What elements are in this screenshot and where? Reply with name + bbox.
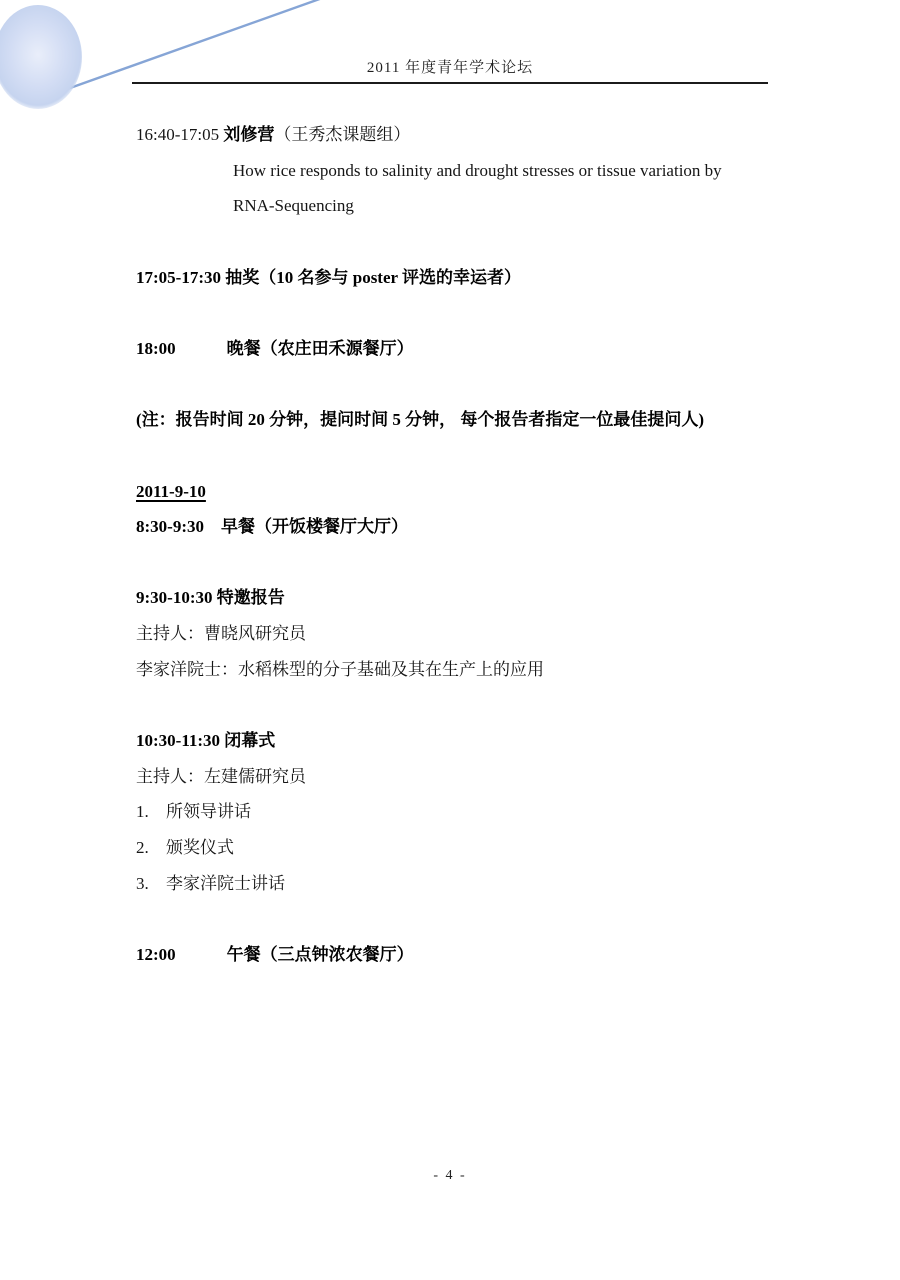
session-speaker: 刘修营: [223, 125, 274, 144]
invited-talk-heading: 9:30-10:30 特邀报告: [136, 580, 784, 616]
document-page: 2011 年度青年学术论坛 16:40-17:05 刘修营（王秀杰课题组） Ho…: [0, 0, 900, 1280]
list-item-number: 2.: [136, 830, 166, 866]
blank-line: [136, 438, 784, 474]
list-item-text: 所领导讲话: [166, 794, 251, 830]
closing-list-item: 2.颁奖仪式: [136, 830, 784, 866]
blank-line: [136, 295, 784, 331]
closing-list-item: 3.李家洋院士讲话: [136, 866, 784, 902]
list-item-number: 1.: [136, 794, 166, 830]
header-title: 2011 年度青年学术论坛: [132, 58, 768, 78]
breakfast-entry: 8:30-9:30 早餐（开饭楼餐厅大厅）: [136, 509, 784, 545]
closing-list-item: 1.所领导讲话: [136, 794, 784, 830]
session-group: （王秀杰课题组）: [274, 125, 410, 144]
decorative-ellipse-icon: [0, 5, 82, 109]
date-heading-text: 2011-9-10: [136, 482, 206, 501]
date-heading: 2011-9-10: [136, 474, 784, 510]
session-title-line1: How rice responds to salinity and drough…: [136, 153, 784, 189]
invited-talk-chair: 主持人：曹晓风研究员: [136, 616, 784, 652]
page-header: 2011 年度青年学术论坛: [132, 58, 768, 84]
blank-line: [136, 224, 784, 260]
blank-line: [136, 367, 784, 403]
list-item-text: 颁奖仪式: [166, 830, 234, 866]
list-item-text: 李家洋院士讲话: [166, 866, 285, 902]
dinner-entry: 18:00 晚餐（农庄田禾源餐厅）: [136, 331, 784, 367]
invited-talk-title: 李家洋院士：水稻株型的分子基础及其在生产上的应用: [136, 652, 784, 688]
lunch-entry: 12:00 午餐（三点钟浓农餐厅）: [136, 937, 784, 973]
session-title-line2: RNA-Sequencing: [136, 188, 784, 224]
blank-line: [136, 687, 784, 723]
closing-chair: 主持人：左建儒研究员: [136, 759, 784, 795]
page-number: - 4 -: [0, 1166, 900, 1186]
session-entry: 16:40-17:05 刘修营（王秀杰课题组）: [136, 117, 784, 153]
schedule-content: 16:40-17:05 刘修营（王秀杰课题组） How rice respond…: [136, 117, 784, 973]
note-line: (注：报告时间 20 分钟，提问时间 5 分钟， 每个报告者指定一位最佳提问人): [136, 402, 784, 438]
session-time: 16:40-17:05: [136, 125, 223, 144]
closing-heading: 10:30-11:30 闭幕式: [136, 723, 784, 759]
blank-line: [136, 901, 784, 937]
blank-line: [136, 545, 784, 581]
list-item-number: 3.: [136, 866, 166, 902]
lottery-entry: 17:05-17:30 抽奖（10 名参与 poster 评选的幸运者）: [136, 260, 784, 296]
